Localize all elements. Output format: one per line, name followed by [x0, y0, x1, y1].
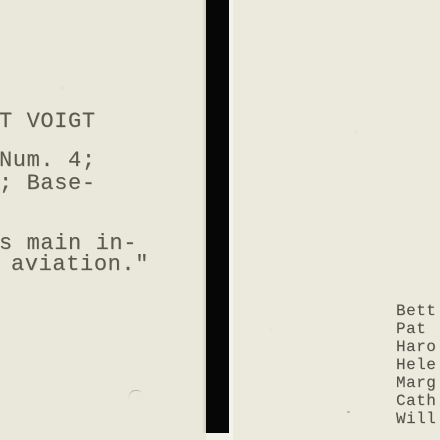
- typewritten-line: Num. 4;: [0, 149, 96, 173]
- name-list-item: Hele: [396, 357, 436, 374]
- gutter-bar: [206, 0, 229, 433]
- typewritten-line: ; Base-: [0, 172, 96, 196]
- name-list-item: Marg: [396, 375, 436, 392]
- name-list-item: Pat: [396, 321, 426, 338]
- scanned-document: T VOIGT Num. 4; ; Base- s main in- aviat…: [0, 0, 440, 440]
- typewritten-line: T VOIGT: [0, 110, 96, 134]
- paper-speck: [347, 411, 350, 413]
- name-list-item: Bett: [396, 303, 436, 320]
- left-page: [0, 0, 206, 440]
- name-list-item: Cath: [396, 393, 436, 410]
- name-list-item: Will: [396, 411, 436, 428]
- gutter-bottom-gap: [206, 433, 229, 440]
- page-edge-highlight: [229, 0, 233, 440]
- typewritten-line: aviation.": [11, 253, 149, 277]
- name-list-item: Haro: [396, 339, 436, 356]
